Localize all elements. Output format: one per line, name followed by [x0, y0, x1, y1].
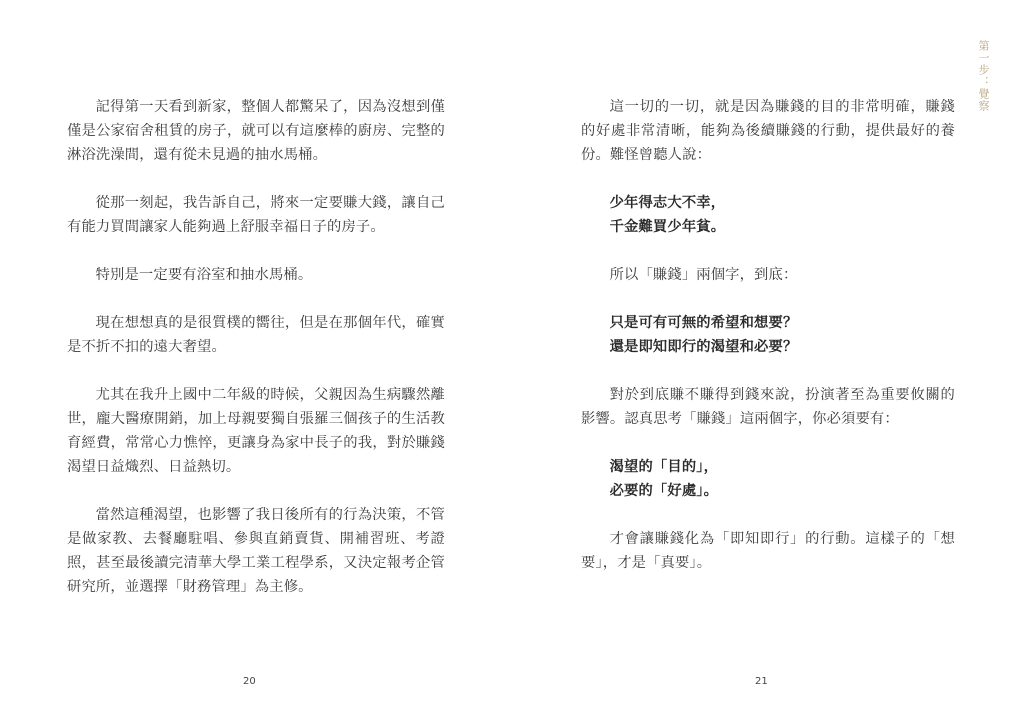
paragraph: 現在想想真的是很質樸的嚮往，但是在那個年代，確實是不折不扣的遠大奢望。	[67, 311, 445, 359]
quote-line: 千金難買少年貧。	[610, 215, 955, 239]
quote-line: 渴望的「目的」，	[610, 455, 955, 479]
page-number-left: 20	[243, 676, 256, 687]
quote-block: 少年得志大不幸， 千金難買少年貧。	[581, 191, 955, 239]
left-page: 記得第一天看到新家，整個人都驚呆了，因為沒想到僅僅是公家宿舍租賃的房子，就可以有…	[0, 0, 512, 726]
quote-line: 只是可有可無的希望和想要？	[610, 311, 955, 335]
right-page-body: 這一切的一切，就是因為賺錢的目的非常明確，賺錢的好處非常清晰，能夠為後續賺錢的行…	[581, 95, 955, 599]
quote-line: 必要的「好處」。	[610, 479, 955, 503]
quote-block: 渴望的「目的」， 必要的「好處」。	[581, 455, 955, 503]
quote-line: 少年得志大不幸，	[610, 191, 955, 215]
left-page-body: 記得第一天看到新家，整個人都驚呆了，因為沒想到僅僅是公家宿舍租賃的房子，就可以有…	[67, 95, 445, 623]
paragraph: 從那一刻起，我告訴自己，將來一定要賺大錢，讓自己有能力買間讓家人能夠過上舒服幸福…	[67, 191, 445, 239]
paragraph: 當然這種渴望，也影響了我日後所有的行為決策，不管是做家教、去餐廳駐唱、參與直銷賣…	[67, 503, 445, 599]
chapter-running-head: 第一步：覺察	[976, 40, 990, 112]
paragraph: 對於到底賺不賺得到錢來說，扮演著至為重要攸關的影響。認真思考「賺錢」這兩個字，你…	[581, 383, 955, 431]
right-page: 第一步：覺察 這一切的一切，就是因為賺錢的目的非常明確，賺錢的好處非常清晰，能夠…	[512, 0, 1024, 726]
quote-line: 還是即知即行的渴望和必要？	[610, 335, 955, 359]
paragraph: 所以「賺錢」兩個字，到底：	[581, 263, 955, 287]
paragraph: 特別是一定要有浴室和抽水馬桶。	[67, 263, 445, 287]
paragraph: 這一切的一切，就是因為賺錢的目的非常明確，賺錢的好處非常清晰，能夠為後續賺錢的行…	[581, 95, 955, 167]
paragraph: 才會讓賺錢化為「即知即行」的行動。這樣子的「想要」，才是「真要」。	[581, 527, 955, 575]
page-number-right: 21	[755, 676, 768, 687]
paragraph: 尤其在我升上國中二年級的時候，父親因為生病驟然離世，龐大醫療開銷，加上母親要獨自…	[67, 383, 445, 479]
quote-block: 只是可有可無的希望和想要？ 還是即知即行的渴望和必要？	[581, 311, 955, 359]
paragraph: 記得第一天看到新家，整個人都驚呆了，因為沒想到僅僅是公家宿舍租賃的房子，就可以有…	[67, 95, 445, 167]
